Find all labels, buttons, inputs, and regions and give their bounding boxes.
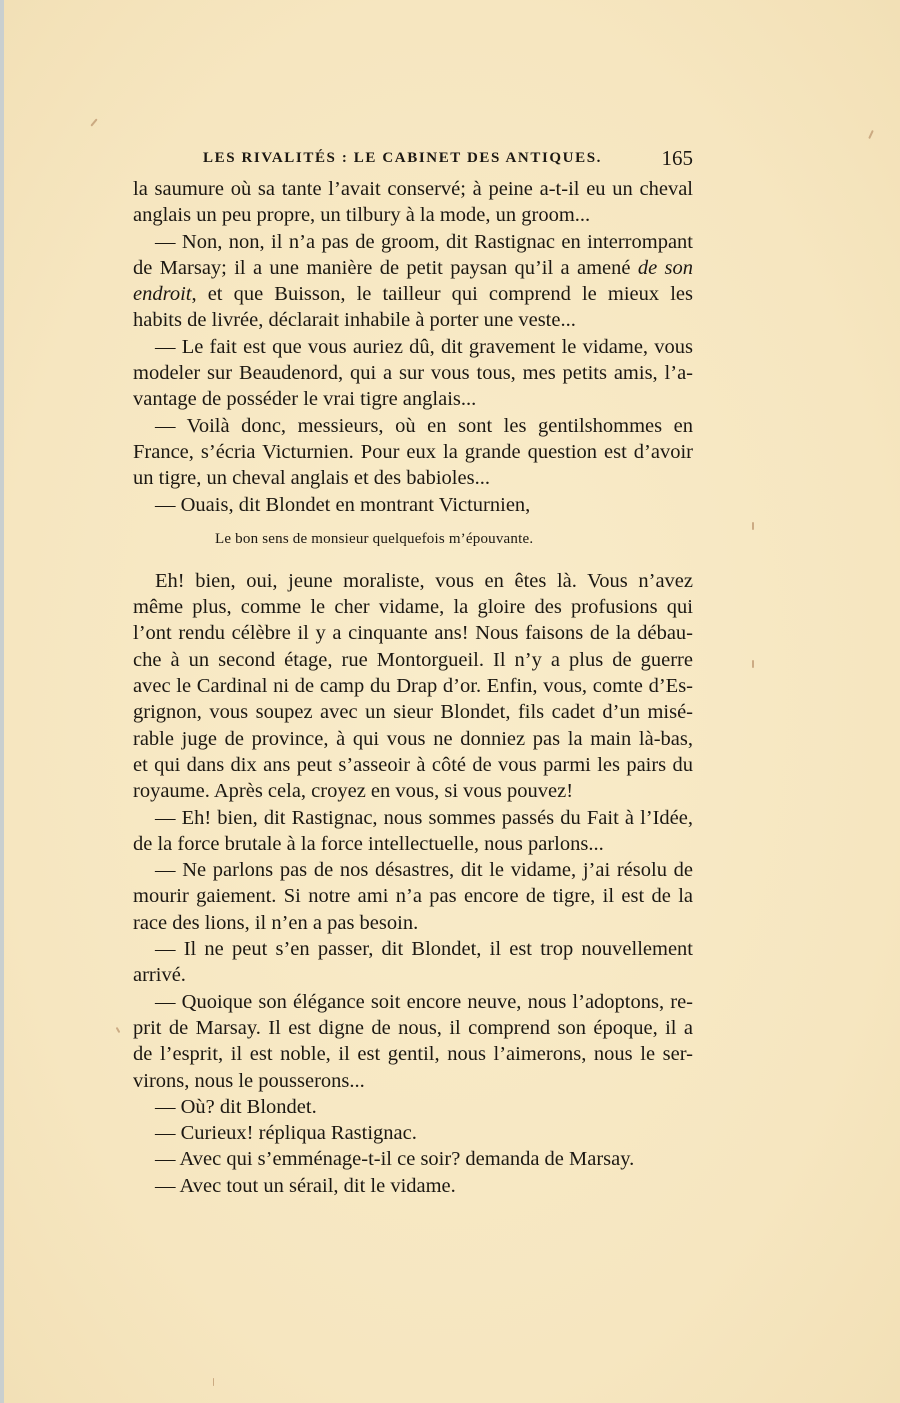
text-line: — Curieux! répliqua Rastignac. — [133, 1120, 693, 1146]
text-line: arrivé. — [133, 962, 693, 988]
body-text: la saumure où sa tante l’avait conservé;… — [133, 176, 693, 1199]
text-line: avec le Cardinal ni de camp du Drap d’or… — [133, 673, 693, 699]
text-fragment: de Marsay; il a une manière de petit pay… — [133, 257, 638, 279]
text-line: mourir gaiement. Si notre ami n’a pas en… — [133, 883, 693, 909]
text-line: — Ouais, dit Blondet en montrant Victurn… — [133, 492, 693, 518]
text-line: — Eh! bien, dit Rastignac, nous sommes p… — [133, 805, 693, 831]
scan-edge — [0, 0, 4, 1403]
text-line: de l’esprit, il est noble, il est gentil… — [133, 1041, 693, 1067]
text-line: Eh! bien, oui, jeune moraliste, vous en … — [133, 568, 693, 594]
text-line: même plus, comme le cher vidame, la gloi… — [133, 594, 693, 620]
paper-speck — [752, 660, 754, 668]
text-line: habits de livrée, déclarait inhabile à p… — [133, 307, 693, 333]
verse-quotation: Le bon sens de monsieur quelquefois m’ép… — [133, 528, 693, 550]
text-line: France, s’écria Victurnien. Pour eux la … — [133, 439, 693, 465]
paper-speck — [868, 130, 874, 139]
text-line: rable juge de province, à qui vous ne do… — [133, 726, 693, 752]
page-number: 165 — [662, 146, 694, 171]
text-line: — Voilà donc, messieurs, où en sont les … — [133, 413, 693, 439]
text-line: — Quoique son élégance soit encore neuve… — [133, 989, 693, 1015]
paper-speck — [752, 522, 754, 530]
text-line: che à un second étage, rue Montorgueil. … — [133, 647, 693, 673]
running-head: Les Rivalités : le Cabinet des Antiques.… — [203, 146, 693, 172]
text-line: virons, nous le pousserons... — [133, 1068, 693, 1094]
text-line: la saumure où sa tante l’avait conservé;… — [133, 176, 693, 202]
text-line: et qui dans dix ans peut s’asseoir à côt… — [133, 752, 693, 778]
italic-phrase: de son — [638, 257, 693, 279]
text-fragment: , et que Buisson, le tailleur qui compre… — [191, 283, 693, 305]
text-line: — Il ne peut s’en passer, dit Blondet, i… — [133, 936, 693, 962]
text-line: — Où? dit Blondet. — [133, 1094, 693, 1120]
text-line: royaume. Après cela, croyez en vous, si … — [133, 778, 693, 804]
italic-phrase: endroit — [133, 283, 191, 305]
text-line: grignon, vous soupez avec un sieur Blond… — [133, 699, 693, 725]
text-line: un tigre, un cheval anglais et des babio… — [133, 465, 693, 491]
running-title: Les Rivalités : le Cabinet des Antiques. — [203, 150, 602, 167]
text-line: — Ne parlons pas de nos désastres, dit l… — [133, 857, 693, 883]
text-line: l’ont rendu célèbre il y a cinquante ans… — [133, 620, 693, 646]
book-page: Les Rivalités : le Cabinet des Antiques.… — [0, 0, 900, 1403]
text-line: de la force brutale à la force intellect… — [133, 831, 693, 857]
text-line: — Avec qui s’emménage-t-il ce soir? dema… — [133, 1146, 693, 1172]
paper-speck — [116, 1027, 121, 1033]
text-line: endroit, et que Buisson, le tailleur qui… — [133, 281, 693, 307]
text-line: — Avec tout un sérail, dit le vidame. — [133, 1173, 693, 1199]
text-line: prit de Marsay. Il est digne de nous, il… — [133, 1015, 693, 1041]
text-line: — Non, non, il n’a pas de groom, dit Ras… — [133, 229, 693, 255]
paper-speck — [213, 1378, 214, 1386]
text-line: — Le fait est que vous auriez dû, dit gr… — [133, 334, 693, 360]
text-line: anglais un peu propre, un tilbury à la m… — [133, 202, 693, 228]
text-line: vantage de posséder le vrai tigre anglai… — [133, 386, 693, 412]
text-line: modeler sur Beaudenord, qui a sur vous t… — [133, 360, 693, 386]
text-line: de Marsay; il a une manière de petit pay… — [133, 255, 693, 281]
paper-speck — [90, 118, 97, 126]
text-line: race des lions, il n’en a pas besoin. — [133, 910, 693, 936]
